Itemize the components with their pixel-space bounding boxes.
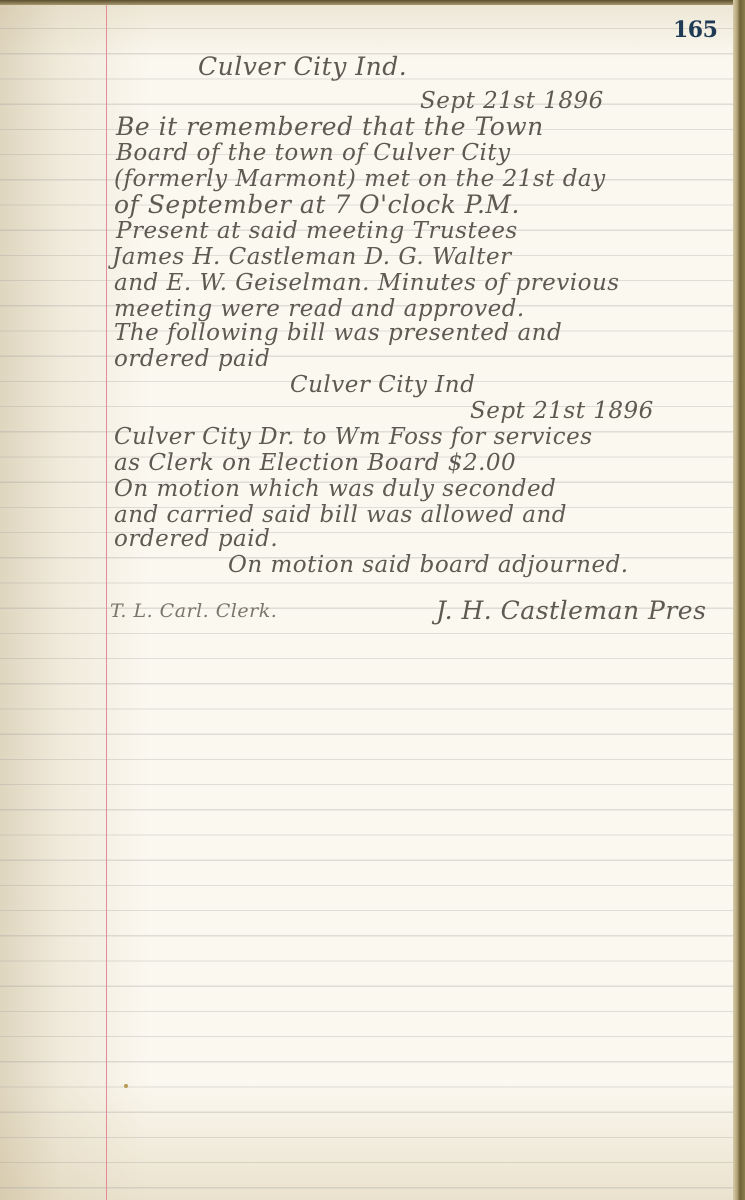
body-line-5: Present at said meeting Trustees (116, 218, 518, 244)
ledger-page: 165 Culver City Ind. Sept 21st 1896 Be i… (0, 0, 735, 1200)
body-line-9: The following bill was presented and (114, 320, 562, 346)
body-line-3: (formerly Marmont) met on the 21st day (114, 166, 606, 192)
page-number: 165 (673, 17, 717, 43)
page-top-edge (0, 0, 735, 5)
body-line-7: and E. W. Geiselman. Minutes of previous (114, 270, 620, 296)
closing-line-2: and carried said bill was allowed and (114, 502, 567, 528)
heading-date: Sept 21st 1896 (420, 88, 604, 114)
adjournment-line: On motion said board adjourned. (228, 552, 629, 578)
bill-line-2: as Clerk on Election Board $2.00 (114, 450, 516, 476)
ink-speck (124, 1084, 128, 1088)
red-margin-line (106, 0, 107, 1200)
closing-line-3: ordered paid. (114, 526, 278, 552)
bill-date: Sept 21st 1896 (470, 398, 654, 424)
bill-line-1: Culver City Dr. to Wm Foss for services (114, 424, 593, 450)
body-line-4: of September at 7 O'clock P.M. (114, 190, 520, 219)
heading-place: Culver City Ind. (198, 52, 407, 81)
closing-line-1: On motion which was duly seconded (114, 476, 556, 502)
book-binding-edge (733, 0, 745, 1200)
body-line-6: James H. Castleman D. G. Walter (112, 244, 512, 270)
body-line-8: meeting were read and approved. (114, 296, 525, 322)
body-line-1: Be it remembered that the Town (116, 112, 544, 141)
clerk-signature: T. L. Carl. Clerk. (110, 600, 277, 622)
body-line-10: ordered paid (114, 346, 270, 372)
president-signature: J. H. Castleman Pres (436, 596, 706, 625)
bill-place: Culver City Ind (290, 372, 475, 398)
body-line-2: Board of the town of Culver City (116, 140, 511, 166)
